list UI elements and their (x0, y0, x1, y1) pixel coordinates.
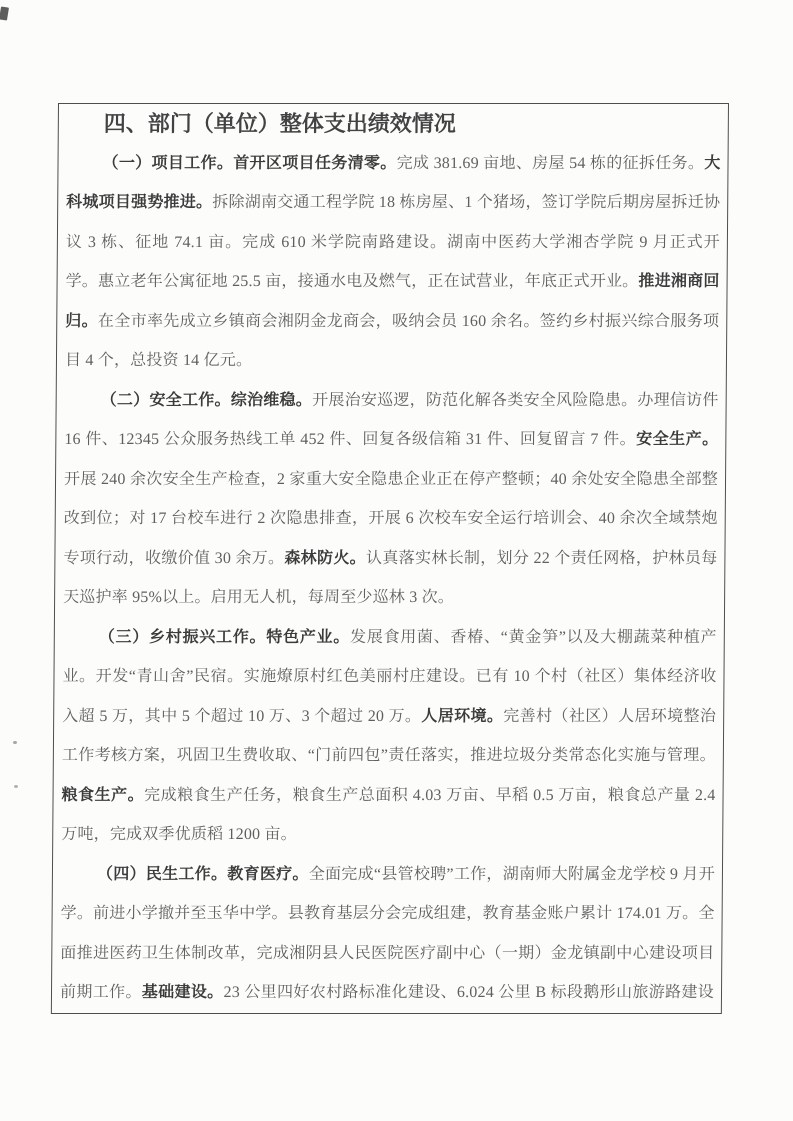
body-text: 完成粮食生产任务，粮食生产总面积 4.03 万亩、早稻 0.5 万亩，粮食总产量… (61, 787, 715, 844)
scan-speck (14, 785, 18, 788)
emphasis-text: （二）安全工作。综治维稳。 (101, 392, 313, 409)
emphasis-text: 基础建设。 (142, 984, 224, 1001)
emphasis-text: （四）民生工作。教育医疗。 (97, 866, 309, 883)
emphasis-text: 人居环境。 (421, 708, 503, 725)
paragraph-livelihood-work: （四）民生工作。教育医疗。全面完成“县管校聘”工作，湖南师大附属金龙学校 9 月… (59, 855, 715, 1015)
body-text: 在全市率先成立乡镇商会湘阴金龙商会，吸纳会员 160 余名。签约乡村振兴综合服务… (65, 313, 719, 370)
emphasis-text: 安全生产。 (636, 431, 718, 448)
paragraph-rural-revitalization-work: （三）乡村振兴工作。特色产业。发展食用菌、香椿、“黄金笋”以及大棚蔬菜种植产业。… (61, 618, 717, 855)
emphasis-text: 粮食生产。 (61, 787, 144, 804)
paragraph-project-work: （一）项目工作。首开区项目任务清零。完成 381.69 亩地、房屋 54 栋的征… (65, 144, 721, 381)
emphasis-text: 森林防火。 (284, 550, 366, 567)
body-text: 全面完成“县管校聘”工作，湖南师大附属金龙学校 9 月开学。前进小学撤并至玉华中… (60, 866, 715, 1002)
section-four-table-cell: 四、部门（单位）整体支出绩效情况 （一）项目工作。首开区项目任务清零。完成 38… (51, 103, 729, 1014)
emphasis-text: （一）项目工作。首开区项目任务清零。 (102, 155, 396, 172)
scan-artifact-mark (0, 6, 9, 20)
paragraph-security-work: （二）安全工作。综治维稳。开展治安巡逻，防范化解各类安全风险隐患。办理信访件 1… (63, 381, 719, 618)
emphasis-text: （三）乡村振兴工作。特色产业。 (99, 629, 350, 646)
scan-speck (13, 741, 17, 744)
section-body: （一）项目工作。首开区项目任务清零。完成 381.69 亩地、房屋 54 栋的征… (59, 144, 720, 1015)
section-title: 四、部门（单位）整体支出绩效情况 (67, 104, 721, 144)
body-text: 完成 381.69 亩地、房屋 54 栋的征拆任务。 (397, 155, 705, 172)
scanned-document-page: 四、部门（单位）整体支出绩效情况 （一）项目工作。首开区项目任务清零。完成 38… (0, 0, 793, 1121)
